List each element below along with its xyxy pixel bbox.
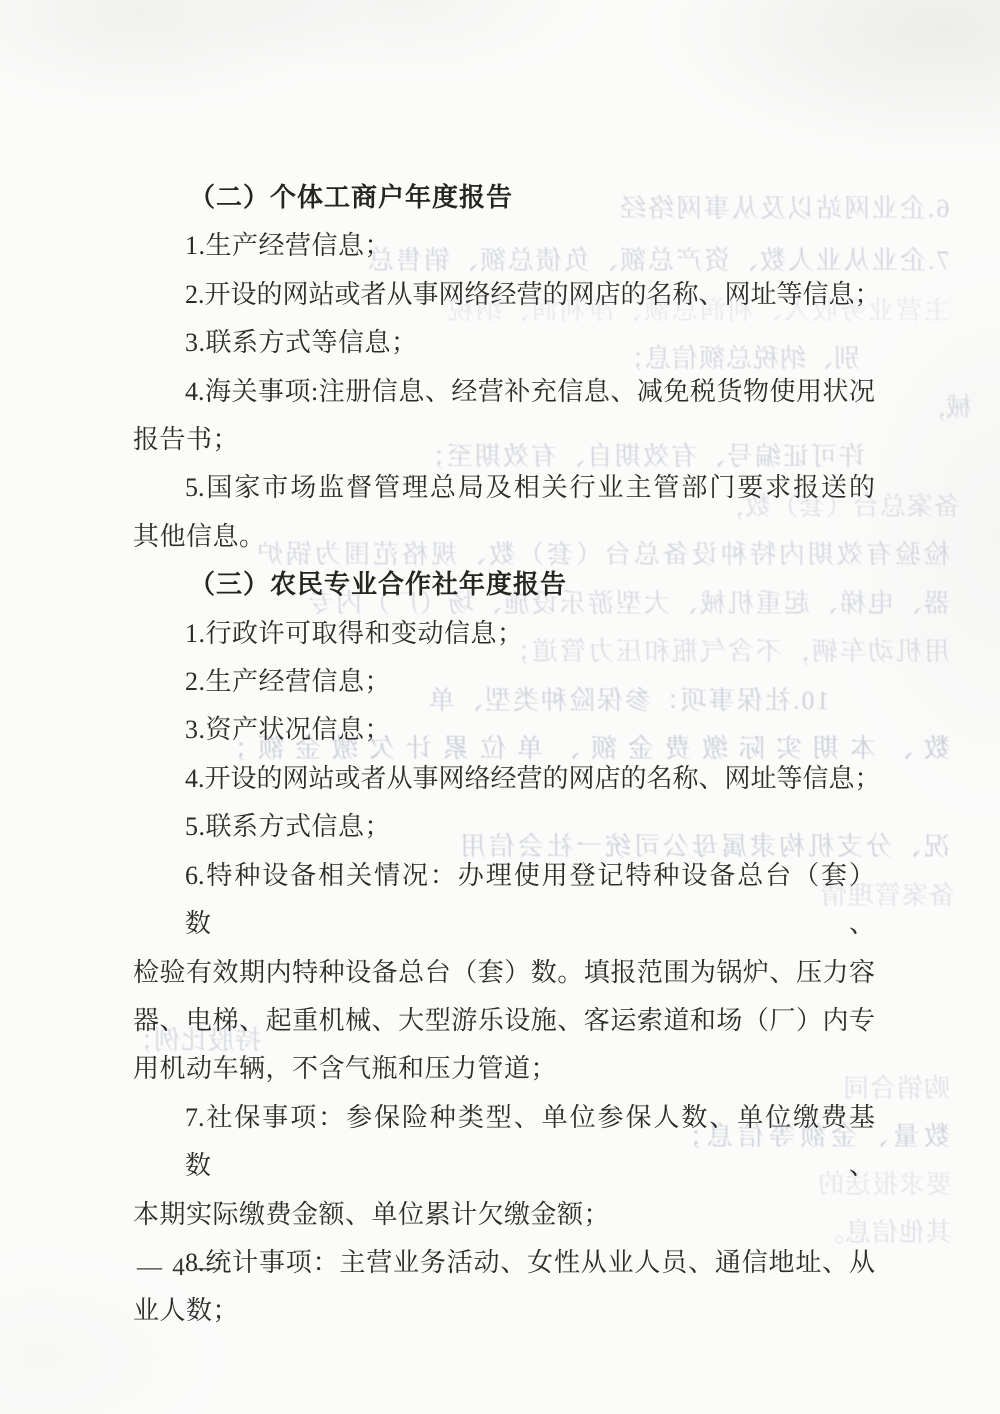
- text-line: 2.生产经营信息；: [133, 658, 875, 706]
- text-line: 业人数；: [133, 1287, 875, 1335]
- text-line: 8.统计事项：主营业务活动、女性从业人员、通信地址、从: [133, 1239, 875, 1287]
- text-line: 用机动车辆，不含气瓶和压力管道；: [133, 1045, 875, 1093]
- text-line: 其他信息。: [133, 513, 875, 561]
- text-line: 7.社保事项：参保险种类型、单位参保人数、单位缴费基数、: [133, 1094, 875, 1191]
- text-line: 6.特种设备相关情况：办理使用登记特种设备总台（套）数、: [133, 852, 875, 949]
- text-line: 本期实际缴费金额、单位累计欠缴金额；: [133, 1191, 875, 1239]
- bleed-through-text: 械，: [920, 388, 972, 428]
- page-number: — 4 —: [137, 1248, 222, 1288]
- text-line: 2.开设的网站或者从事网络经营的网店的名称、网址等信息；: [133, 271, 875, 319]
- text-line: 4.海关事项:注册信息、经营补充信息、减免税货物使用状况: [133, 368, 875, 416]
- text-line: 报告书；: [133, 416, 875, 464]
- text-line: 检验有效期内特种设备总台（套）数。填报范围为锅炉、压力容: [133, 949, 875, 997]
- text-line: 4.开设的网站或者从事网络经营的网店的名称、网址等信息；: [133, 755, 875, 803]
- text-line: 5.国家市场监督管理总局及相关行业主管部门要求报送的: [133, 464, 875, 512]
- text-line: 3.资产状况信息；: [133, 706, 875, 754]
- document-body: （二）个体工商户年度报告 1.生产经营信息； 2.开设的网站或者从事网络经营的网…: [133, 174, 875, 1336]
- text-line: 1.生产经营信息；: [133, 222, 875, 270]
- text-line: 3.联系方式等信息；: [133, 319, 875, 367]
- text-line: 5.联系方式信息；: [133, 803, 875, 851]
- section-heading: （三）农民专业合作社年度报告: [133, 561, 875, 609]
- document-page: 6.企业网站以及从事网络经 7.企业从业人数、资产总额、负债总额、销售总 主营业…: [0, 0, 1000, 1414]
- text-line: 器、电梯、起重机械、大型游乐设施、客运索道和场（厂）内专: [133, 997, 875, 1045]
- text-line: 1.行政许可取得和变动信息；: [133, 610, 875, 658]
- section-heading: （二）个体工商户年度报告: [133, 174, 875, 222]
